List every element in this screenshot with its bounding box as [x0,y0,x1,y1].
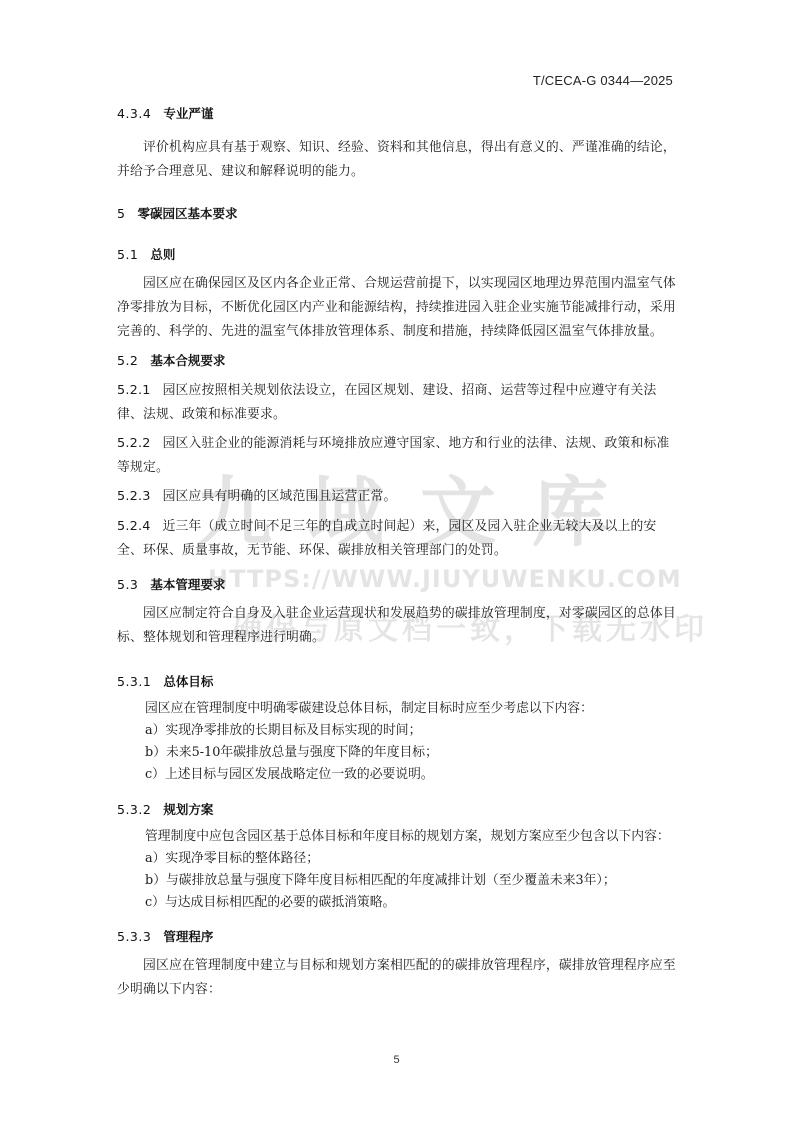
section-title: 规划方案 [163,802,213,817]
section-number: 5 [117,206,125,221]
clause-5-2-2: 5.2.2园区入驻企业的能源消耗与环境排放应遵守国家、地方和行业的法律、法规、政… [117,432,677,480]
page-number: 5 [0,1054,793,1066]
clause-text: 园区应按照相关规划依法设立，在园区规划、建设、招商、运营等过程中应遵守有关法律、… [117,383,656,422]
heading-5-3-3: 5.3.3管理程序 [117,927,213,945]
section-title: 总体目标 [163,674,213,689]
section-title: 基本管理要求 [150,577,225,592]
heading-4-3-4: 4.3.4专业严谨 [117,104,213,122]
section-number: 5.3 [117,577,138,592]
section-title: 零碳园区基本要求 [137,206,237,221]
section-number: 4.3.4 [117,106,151,121]
paragraph-4-3-4: 评价机构应具有基于观察、知识、经验、资料和其他信息，得出有意义的、严谨准确的结论… [117,136,677,184]
section-number: 5.1 [117,247,138,262]
section-title: 总则 [150,247,175,262]
document-id: T/CECA-G 0344—2025 [533,73,673,88]
paragraph-5-3: 园区应制定符合自身及入驻企业运营现状和发展趋势的碳排放管理制度，对零碳园区的总体… [117,602,677,650]
section-number: 5.3.1 [117,674,151,689]
list-item: a）实现净零排放的长期目标及目标实现的时间； [145,720,685,742]
heading-5-1: 5.1总则 [117,245,175,263]
document-page: T/CECA-G 0344—2025 4.3.4专业严谨 评价机构应具有基于观察… [0,0,793,1122]
clause-text: 园区应具有明确的区域范围且运营正常。 [163,489,397,504]
clause-text: 近三年（成立时间不足三年的自成立时间起）来，园区及园入驻企业无较大及以上的安全、… [117,519,656,558]
list-item: c）上述目标与园区发展战略定位一致的必要说明。 [145,764,685,786]
list-item: b）与碳排放总量与强度下降年度目标相匹配的年度减排计划（至少覆盖未来3年）； [145,870,685,892]
section-number: 5.3.3 [117,929,151,944]
heading-5-3-1: 5.3.1总体目标 [117,672,213,690]
heading-5-3-2: 5.3.2规划方案 [117,800,213,818]
paragraph-5-1: 园区应在确保园区及区内各企业正常、合规运营前提下，以实现园区地理边界范围内温室气… [117,272,677,344]
clause-5-2-4: 5.2.4近三年（成立时间不足三年的自成立时间起）来，园区及园入驻企业无较大及以… [117,515,677,563]
list-item: b）未来5-10年碳排放总量与强度下降的年度目标； [145,742,685,764]
intro-5-3-2: 管理制度中应包含园区基于总体目标和年度目标的规划方案，规划方案应至少包含以下内容… [145,826,685,848]
heading-5-2: 5.2基本合规要求 [117,351,225,369]
clause-number: 5.2.1 [117,379,151,403]
clause-5-2-1: 5.2.1园区应按照相关规划依法设立，在园区规划、建设、招商、运营等过程中应遵守… [117,379,677,427]
clause-number: 5.2.3 [117,485,151,509]
section-title: 管理程序 [163,929,213,944]
section-title: 基本合规要求 [150,353,225,368]
list-item: a）实现净零目标的整体路径； [145,848,685,870]
heading-5: 5零碳园区基本要求 [117,204,237,222]
section-number: 5.3.2 [117,802,151,817]
list-item: c）与达成目标相匹配的必要的碳抵消策略。 [145,892,685,914]
intro-5-3-1: 园区应在管理制度中明确零碳建设总体目标，制定目标时应至少考虑以下内容： [145,698,685,720]
clause-text: 园区入驻企业的能源消耗与环境排放应遵守国家、地方和行业的法律、法规、政策和标准等… [117,436,669,475]
clause-5-2-3: 5.2.3园区应具有明确的区域范围且运营正常。 [117,485,677,509]
watermark-url: HTTPS://WWW.JIUYUWENKU.COM [208,565,682,593]
section-title: 专业严谨 [163,106,213,121]
heading-5-3: 5.3基本管理要求 [117,575,225,593]
clause-number: 5.2.4 [117,515,151,539]
section-number: 5.2 [117,353,138,368]
paragraph-5-3-3: 园区应在管理制度中建立与目标和规划方案相匹配的的碳排放管理程序，碳排放管理程序应… [117,954,677,1002]
clause-number: 5.2.2 [117,432,151,456]
